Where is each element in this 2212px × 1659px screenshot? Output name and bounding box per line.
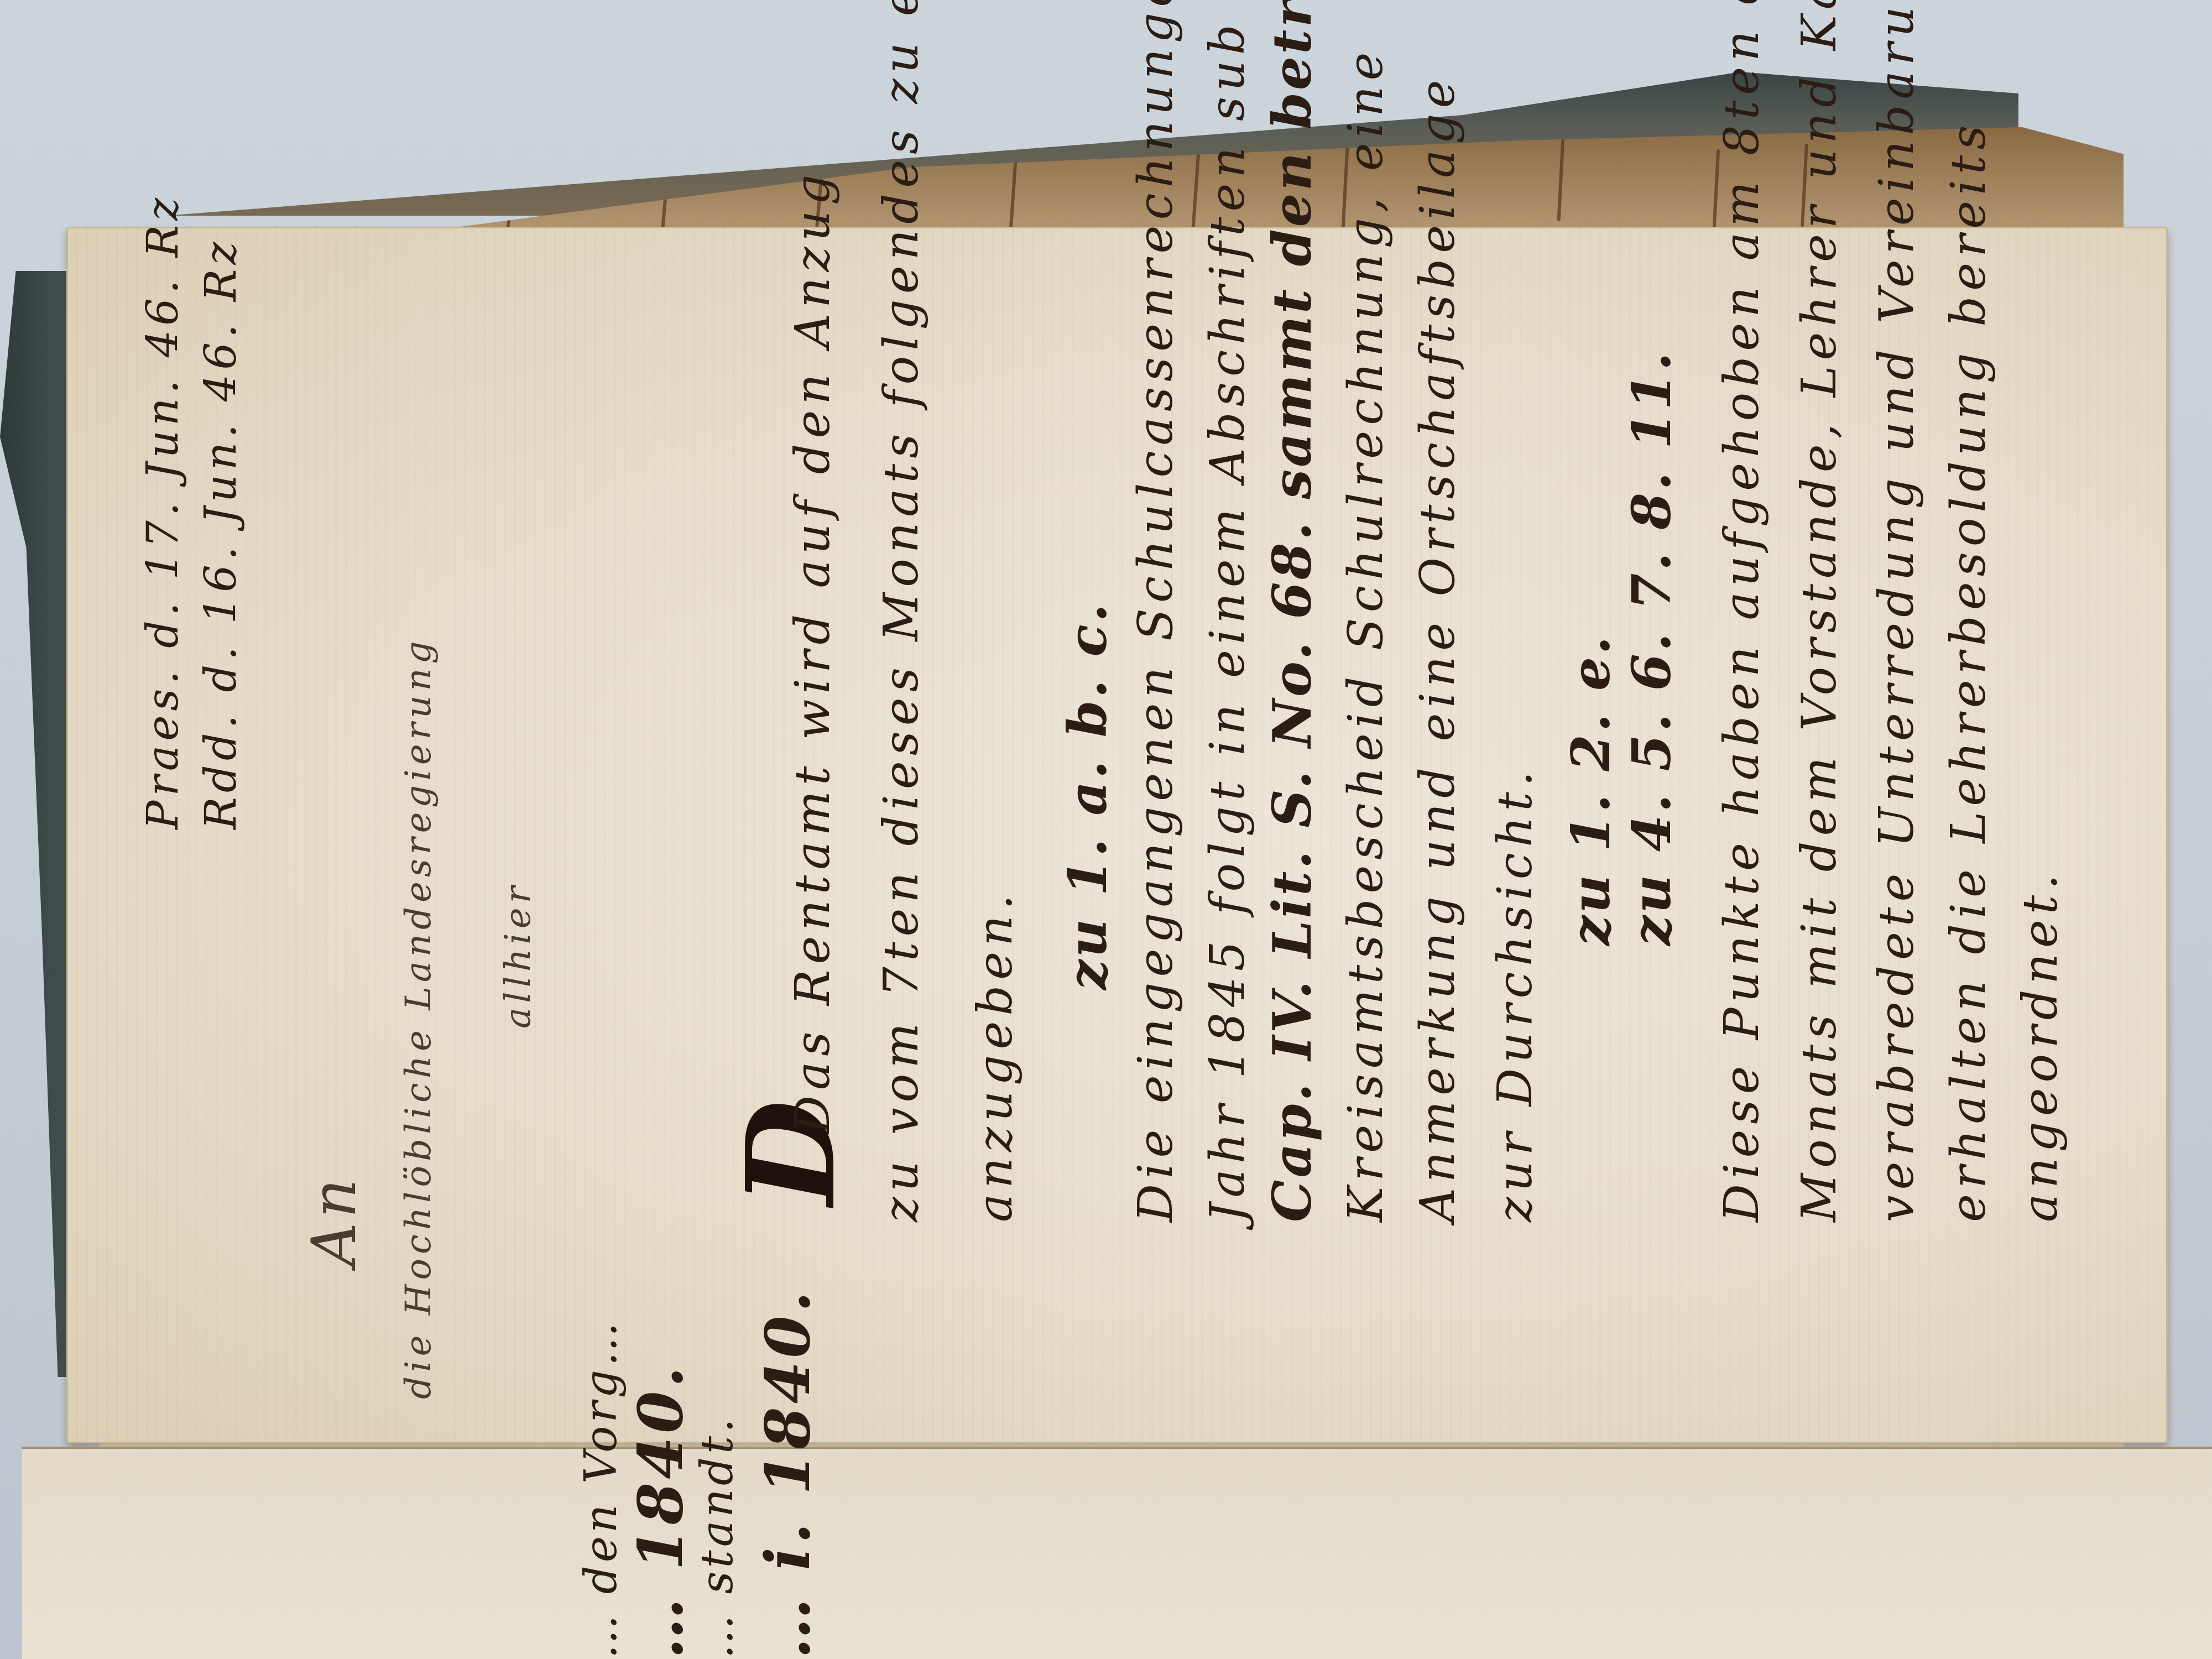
- body-line-10: zur Durchsicht.: [1488, 766, 1543, 1222]
- lower-line-3: … standt.: [691, 1415, 743, 1659]
- body-line-cap-iv: Cap. IV. Lit. S. No. 68. sammt den betre…: [1261, 0, 1323, 1222]
- body-line-14: Monats mit dem Vorstande, Lehrer und Kas…: [1792, 0, 1847, 1222]
- lower-line-1840-b: … i. 1840.: [752, 1288, 823, 1659]
- lower-line-1: … den Vorg…: [575, 1319, 627, 1659]
- body-line-8: Kreisamtsbescheid Schulrechnung, eine: [1338, 47, 1394, 1222]
- body-line-3: anzugeben.: [968, 889, 1023, 1222]
- body-line-1: Das Rentamt wird auf den Anzug: [785, 169, 841, 1134]
- body-line-15: verabredete Unterredung und Vereinbarung: [1869, 0, 1924, 1222]
- body-line-5: Die eingegangenen Schulcassenrechnungen …: [1128, 0, 1183, 1222]
- header-note-rdd: Rdd. d. 16. Jun. 46. Rz: [196, 237, 246, 830]
- body-line-13: Diese Punkte haben aufgehoben am 8ten di…: [1714, 0, 1770, 1222]
- body-line-16: erhalten die Lehrerbesoldung bereits: [1941, 120, 1996, 1222]
- body-line-zu-12e: zu 1. 2. e.: [1559, 634, 1622, 946]
- body-line-2: zu vom 7ten dieses Monats folgendes zu e…: [874, 0, 929, 1222]
- manuscript-page: Praes. d. 17. Jun. 46. Rz Rdd. d. 16. Ju…: [66, 227, 2168, 1443]
- body-line-zu-4-11: zu 4. 5. 6. 7. 8. 11.: [1620, 350, 1683, 946]
- addressee-line: die Hochlöbliche Landesregierung: [398, 637, 439, 1399]
- body-line-17: angeordnet.: [2013, 869, 2068, 1222]
- lower-page: … den Vorg… … 1840. … standt. … i. 1840.: [22, 1449, 2212, 1659]
- body-line-jahr-1845: Jahr 1845 folgt in einem Abschriften sub: [1200, 19, 1255, 1222]
- addressee-an: An: [299, 1175, 369, 1266]
- lower-line-1840-a: … 1840.: [625, 1363, 696, 1659]
- addressee-allhier: allhier: [498, 882, 539, 1029]
- body-line-9: Anmerkung und eine Ortschaftsbeilage: [1410, 75, 1465, 1222]
- header-note-praes: Praes. d. 17. Jun. 46. Rz: [138, 194, 188, 830]
- body-line-zu-1abc: zu 1. a. b. c.: [1056, 602, 1119, 990]
